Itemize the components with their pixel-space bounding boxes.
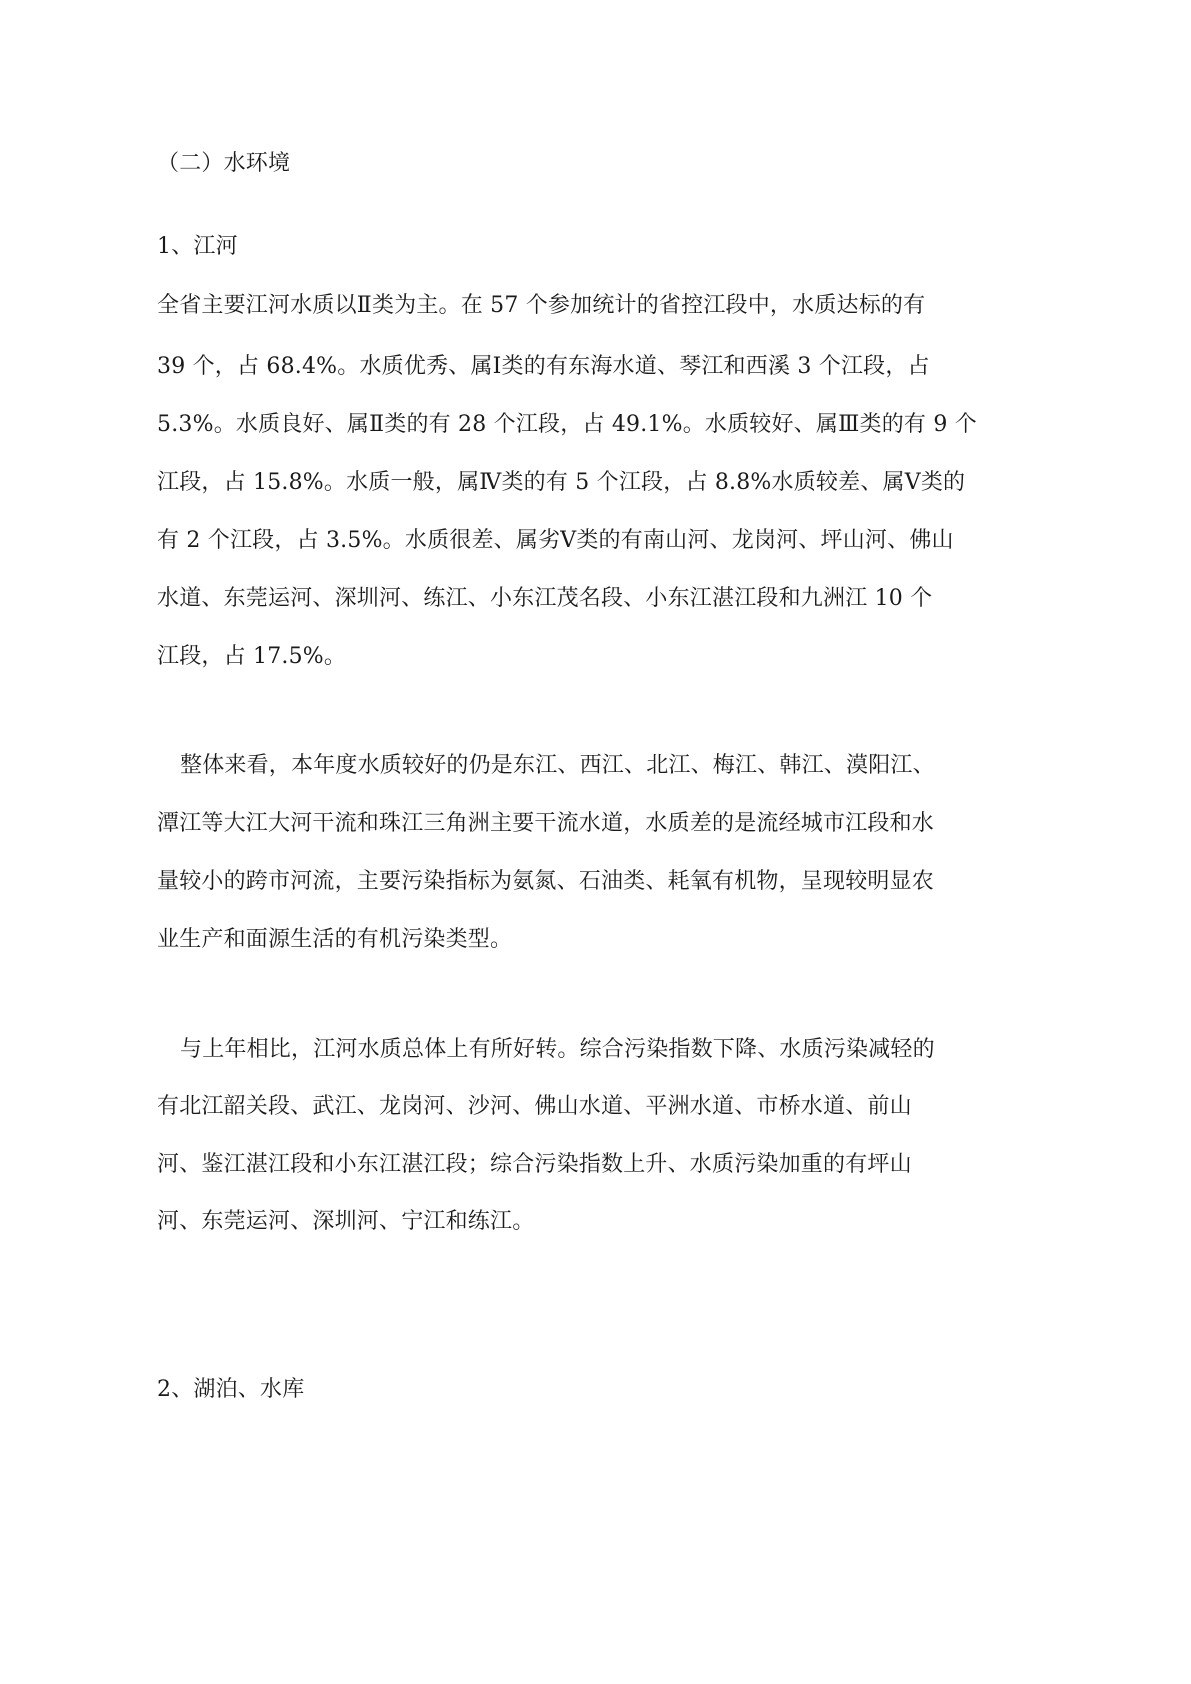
paragraph-line: 整体来看，本年度水质较好的仍是东江、西江、北江、梅江、韩江、漠阳江、	[180, 752, 935, 780]
paragraph-line: 39 个，占 68.4%。水质优秀、属Ⅰ类的有东海水道、琴江和西溪 3 个江段，…	[157, 353, 930, 381]
paragraph-line: 5.3%。水质良好、属Ⅱ类的有 28 个江段，占 49.1%。水质较好、属Ⅲ类的…	[157, 411, 977, 439]
paragraph-line: 河、鉴江湛江段和小东江湛江段；综合污染指数上升、水质污染加重的有坪山	[157, 1151, 912, 1179]
subsection-heading-lakes-reservoirs: 2、湖泊、水库	[157, 1376, 304, 1404]
paragraph-line: 有北江韶关段、武江、龙岗河、沙河、佛山水道、平洲水道、市桥水道、前山	[157, 1093, 912, 1121]
paragraph-line: 河、东莞运河、深圳河、宁江和练江。	[157, 1208, 534, 1236]
paragraph-line: 与上年相比，江河水质总体上有所好转。综合污染指数下降、水质污染减轻的	[180, 1036, 935, 1064]
paragraph-line: 业生产和面源生活的有机污染类型。	[157, 926, 512, 954]
paragraph-line: 有 2 个江段，占 3.5%。水质很差、属劣Ⅴ类的有南山河、龙岗河、坪山河、佛山	[157, 527, 954, 555]
paragraph-line: 水道、东莞运河、深圳河、练江、小东江茂名段、小东江湛江段和九洲江 10 个	[157, 585, 932, 613]
paragraph-line: 量较小的跨市河流，主要污染指标为氨氮、石油类、耗氧有机物，呈现较明显农	[157, 868, 934, 896]
subsection-heading-rivers: 1、江河	[157, 233, 238, 261]
paragraph-line: 潭江等大江大河干流和珠江三角洲主要干流水道，水质差的是流经城市江段和水	[157, 810, 934, 838]
paragraph-line: 江段，占 17.5%。	[157, 643, 346, 671]
paragraph-line: 全省主要江河水质以Ⅱ类为主。在 57 个参加统计的省控江段中，水质达标的有	[157, 292, 925, 320]
document-page: （二）水环境 1、江河 全省主要江河水质以Ⅱ类为主。在 57 个参加统计的省控江…	[0, 0, 1191, 1684]
paragraph-line: 江段，占 15.8%。水质一般，属Ⅳ类的有 5 个江段，占 8.8%水质较差、属…	[157, 469, 965, 497]
section-heading: （二）水环境	[157, 150, 290, 178]
